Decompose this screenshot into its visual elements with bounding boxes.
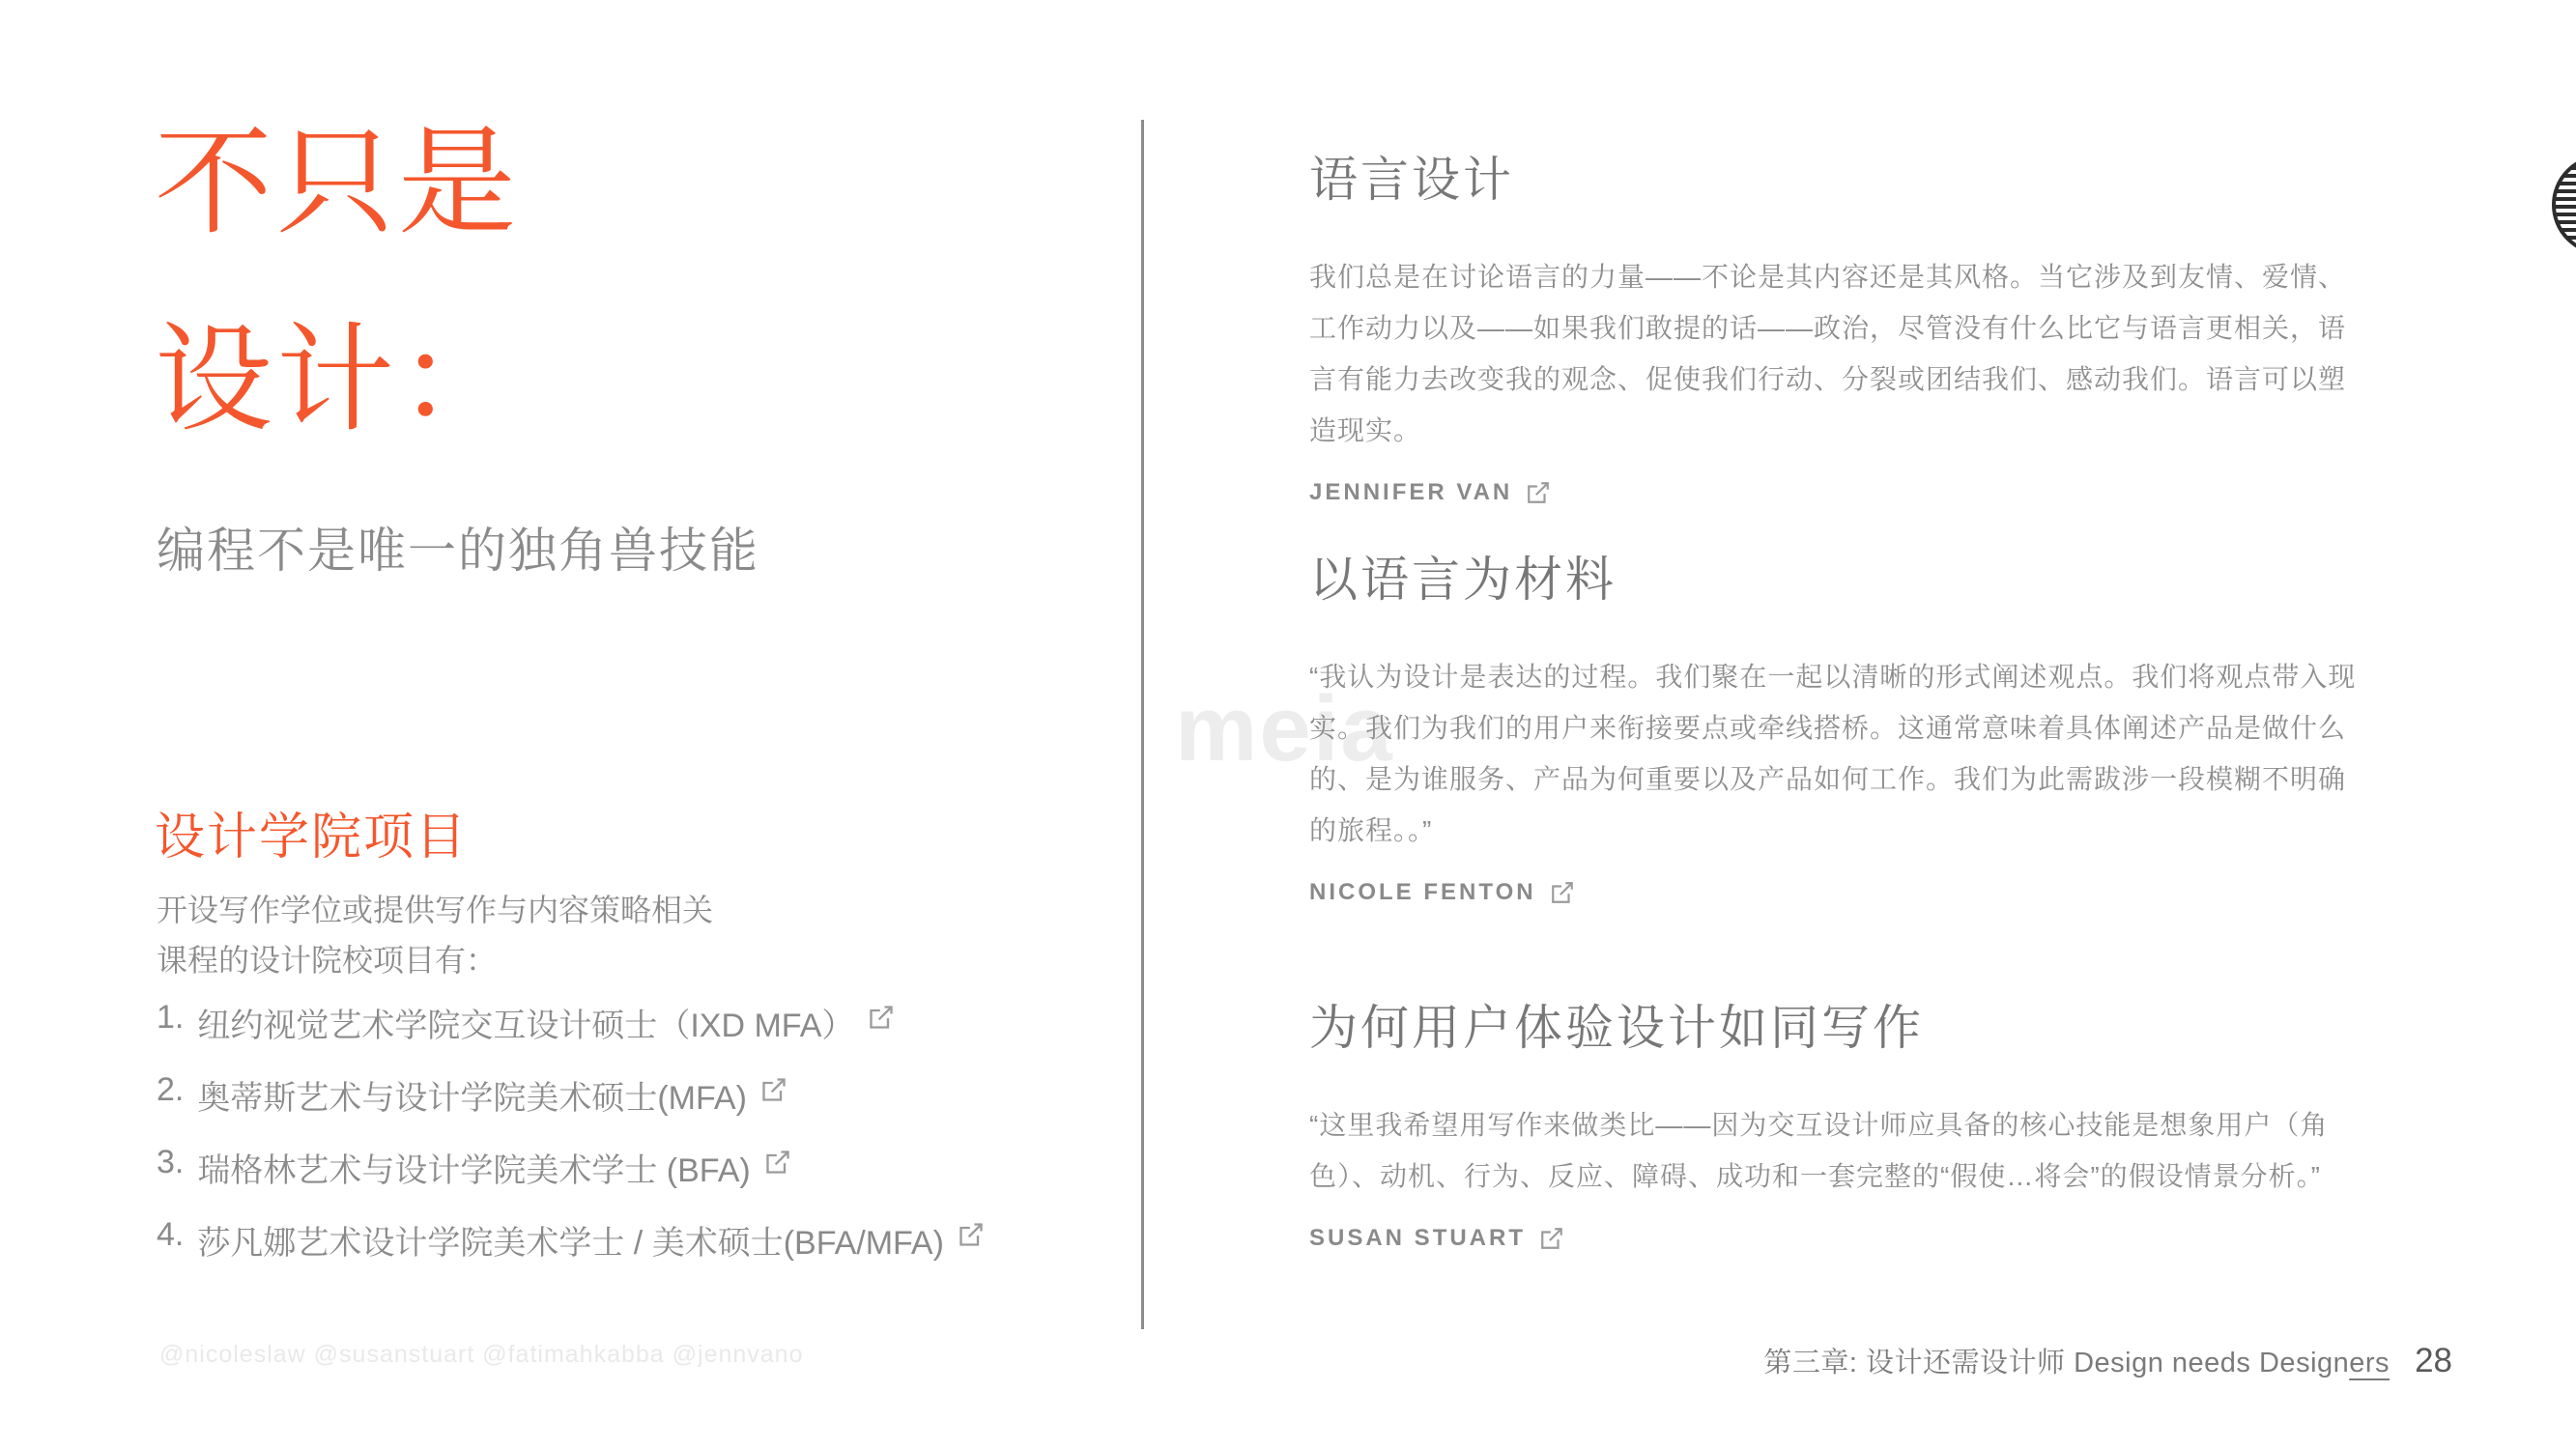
external-link-icon[interactable] [760, 1074, 787, 1112]
external-link-icon[interactable] [1526, 480, 1551, 510]
intro-line-2: 课程的设计院校项目有： [157, 935, 713, 985]
section-ux-like-writing: 为何用户体验设计如同写作 “这里我希望用写作来做类比——因为交互设计师应具备的核… [1309, 989, 2362, 1253]
attribution-row[interactable]: NICOLE FENTON [1309, 877, 2362, 907]
design-schools-intro: 开设写作学位或提供写作与内容策略相关 课程的设计院校项目有： [157, 885, 713, 985]
list-number: 2. [157, 1071, 184, 1109]
list-item-school-1: 1. 纽约视觉艺术学院交互设计硕士（IXD MFA） [157, 999, 985, 1071]
external-link-icon[interactable] [1550, 880, 1575, 910]
credits-handles-watermark: @nicoleslaw @susanstuart @fatimahkabba @… [159, 1341, 804, 1369]
chapter-text-underlined: ers [2349, 1348, 2390, 1378]
attribution-name: SUSAN STUART [1309, 1225, 1526, 1252]
striped-sphere-logo [2548, 151, 2576, 259]
list-item-label: 纽约视觉艺术学院交互设计硕士（IXD MFA） [197, 999, 854, 1046]
list-item-school-3: 3. 瑞格林艺术与设计学院美术学士 (BFA) [157, 1144, 985, 1216]
attribution-row[interactable]: SUSAN STUART [1309, 1223, 2362, 1253]
section-heading: 以语言为材料 [1309, 541, 2362, 611]
external-link-icon[interactable] [764, 1147, 791, 1184]
section-quote: “这里我希望用写作来做类比——因为交互设计师应具备的核心技能是想象用户（角色）、… [1309, 1099, 2362, 1202]
section-language-as-material: 以语言为材料 “我认为设计是表达的过程。我们聚在一起以清晰的形式阐述观点。我们将… [1309, 541, 2362, 907]
external-link-icon[interactable] [868, 1002, 895, 1039]
section-quote: “我认为设计是表达的过程。我们聚在一起以清晰的形式阐述观点。我们将观点带入现实。… [1309, 651, 2362, 856]
design-schools-list: 1. 纽约视觉艺术学院交互设计硕士（IXD MFA） 2. 奥蒂斯艺术与设计学院… [157, 999, 985, 1289]
footer: 第三章: 设计还需设计师 Design needs Designers 28 [1763, 1341, 2452, 1380]
list-number: 1. [157, 999, 184, 1037]
attribution-name: NICOLE FENTON [1309, 879, 1536, 906]
attribution-name: JENNIFER VAN [1309, 479, 1512, 506]
section-language-design: 语言设计 我们总是在讨论语言的力量——不论是其内容还是其风格。当它涉及到友情、爱… [1309, 141, 2362, 507]
main-title-line1: 不只是 [155, 124, 520, 241]
main-title-line2: 设计： [155, 321, 520, 439]
external-link-icon[interactable] [1539, 1226, 1564, 1256]
subtitle: 编程不是唯一的独角兽技能 [157, 512, 759, 582]
section-heading: 语言设计 [1309, 141, 2362, 211]
external-link-icon[interactable] [958, 1219, 985, 1257]
list-item-school-2: 2. 奥蒂斯艺术与设计学院美术硕士(MFA) [157, 1071, 985, 1144]
list-item-label: 奥蒂斯艺术与设计学院美术硕士(MFA) [197, 1071, 747, 1119]
list-number: 3. [157, 1144, 184, 1181]
design-schools-heading: 设计学院项目 [155, 796, 468, 868]
chapter-title: 第三章: 设计还需设计师 Design needs Designers [1763, 1341, 2390, 1380]
list-number: 4. [157, 1216, 184, 1254]
section-quote: 我们总是在讨论语言的力量——不论是其内容还是其风格。当它涉及到友情、爱情、工作动… [1309, 251, 2362, 456]
vertical-divider [1141, 120, 1144, 1329]
list-item-label: 莎凡娜艺术设计学院美术学士 / 美术硕士(BFA/MFA) [197, 1216, 944, 1264]
list-item-label: 瑞格林艺术与设计学院美术学士 (BFA) [197, 1144, 750, 1191]
chapter-text: 第三章: 设计还需设计师 Design needs Design [1763, 1348, 2349, 1378]
intro-line-1: 开设写作学位或提供写作与内容策略相关 [157, 885, 713, 935]
page-number: 28 [2415, 1342, 2452, 1380]
attribution-row[interactable]: JENNIFER VAN [1309, 477, 2362, 507]
slide: 不只是 设计： 编程不是唯一的独角兽技能 设计学院项目 开设写作学位或提供写作与… [0, 0, 2576, 1449]
list-item-school-4: 4. 莎凡娜艺术设计学院美术学士 / 美术硕士(BFA/MFA) [157, 1216, 985, 1289]
section-heading: 为何用户体验设计如同写作 [1309, 989, 2362, 1059]
